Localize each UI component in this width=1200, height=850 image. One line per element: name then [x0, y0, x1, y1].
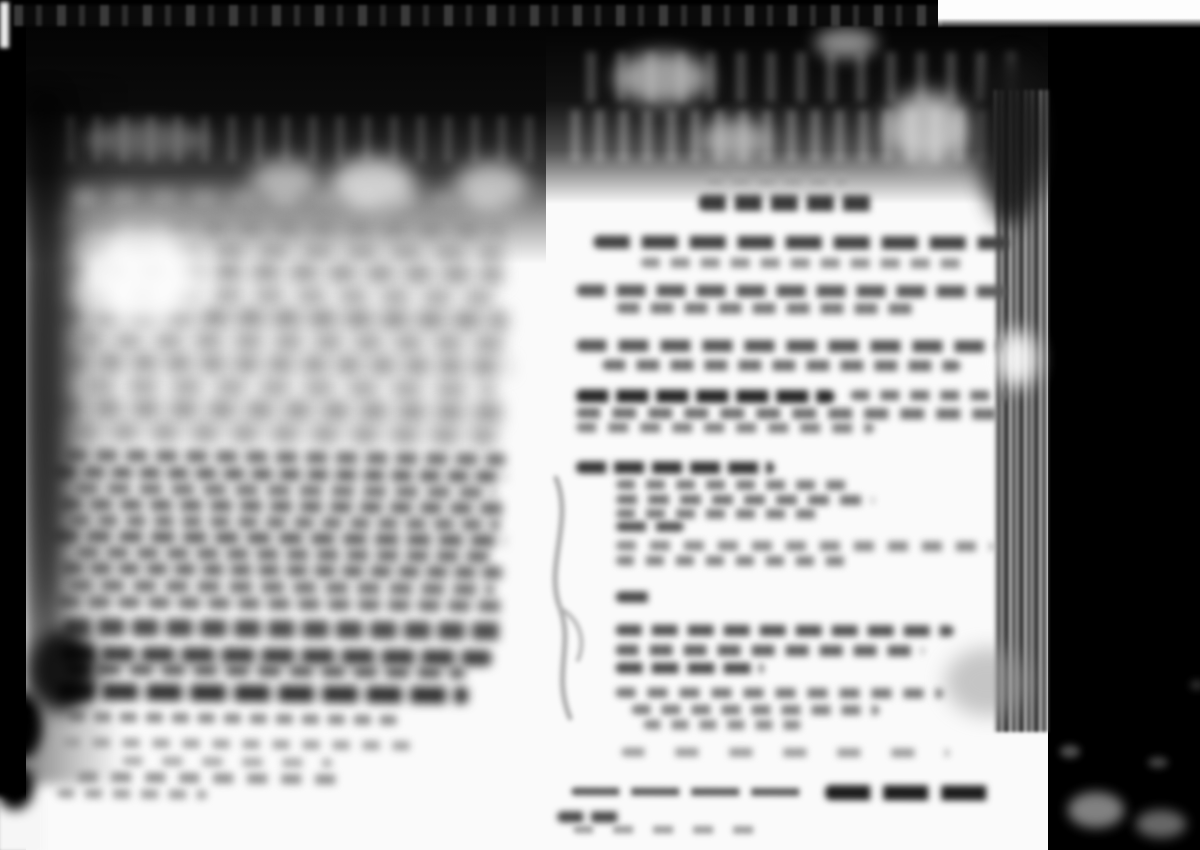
blurred-text-line	[621, 748, 949, 758]
film-header-band	[938, 0, 1200, 28]
smudge-blob	[1060, 745, 1080, 758]
blurred-text-line	[616, 663, 764, 674]
blurred-text-line	[576, 389, 834, 403]
blurred-text-line	[576, 339, 1008, 352]
blurred-text-line	[576, 422, 874, 433]
blurred-text-line	[643, 720, 801, 730]
blurred-text-line	[83, 238, 503, 261]
faded-print-speckles	[586, 52, 1016, 102]
blurred-text-line	[557, 811, 621, 822]
blurred-text-line	[616, 541, 994, 552]
blurred-text-line	[699, 195, 877, 211]
microfilm-frame	[0, 0, 1200, 850]
right-text-column	[557, 167, 1011, 848]
blurred-text-line	[58, 683, 468, 704]
blurred-text-line	[616, 645, 924, 657]
smudge-blob	[1190, 680, 1200, 690]
blurred-text-line	[77, 546, 492, 563]
blurred-text-line	[850, 390, 1008, 400]
blurred-text-line	[577, 284, 1007, 297]
blurred-text-line	[825, 785, 993, 800]
blurred-text-line	[616, 480, 854, 491]
blurred-text-line	[56, 399, 506, 423]
blurred-text-line	[66, 449, 506, 467]
blurred-text-line	[69, 579, 494, 596]
blurred-text-line	[71, 422, 496, 445]
blurred-text-line	[87, 284, 492, 307]
blurred-text-line	[63, 738, 413, 751]
blurred-text-line	[70, 191, 500, 215]
blurred-text-line	[60, 498, 505, 516]
film-edge-strip	[14, 5, 942, 26]
blurred-text-line	[55, 466, 505, 484]
blurred-text-line	[77, 772, 342, 785]
blurred-text-line	[616, 509, 824, 520]
blurred-text-line	[62, 261, 502, 285]
blurred-text-line	[576, 407, 1004, 419]
blurred-text-line	[616, 522, 684, 532]
faded-print-speckles	[571, 110, 1021, 162]
film-edge-highlight	[0, 2, 9, 48]
blurred-text-line	[122, 756, 332, 767]
blurred-text-line	[57, 789, 207, 800]
blurred-text-line	[617, 303, 917, 315]
blurred-text-line	[58, 215, 503, 239]
blurred-text-line	[64, 353, 509, 377]
blurred-text-line	[62, 562, 502, 580]
film-corner-highlight	[0, 796, 44, 850]
blurred-text-line	[55, 530, 505, 548]
smudge-blob	[1148, 757, 1168, 768]
blurred-text-line	[64, 618, 504, 641]
smudge-blob	[1068, 792, 1124, 828]
blurred-text-line	[602, 360, 960, 372]
blurred-text-line	[641, 258, 966, 269]
gutter-pen-squiggle	[530, 470, 620, 730]
blurred-text-line	[616, 688, 944, 699]
blurred-text-line	[616, 592, 654, 603]
blurred-text-line	[571, 787, 809, 796]
blurred-text-line	[57, 307, 507, 331]
blurred-text-line	[616, 625, 954, 637]
blurred-text-line	[573, 825, 771, 834]
blurred-text-line	[616, 556, 854, 567]
blurred-text-line	[84, 376, 494, 399]
blurred-text-line	[75, 482, 495, 499]
blurred-text-line	[616, 495, 874, 506]
blurred-text-line	[68, 712, 398, 725]
left-text-column	[52, 191, 519, 836]
blurred-text-line	[70, 514, 500, 532]
smudge-blob	[1136, 810, 1186, 838]
blurred-text-line	[707, 175, 847, 184]
blurred-text-line	[631, 705, 879, 716]
blurred-text-line	[75, 330, 505, 354]
blurred-text-line	[594, 236, 1009, 250]
blurred-text-line	[58, 596, 503, 613]
